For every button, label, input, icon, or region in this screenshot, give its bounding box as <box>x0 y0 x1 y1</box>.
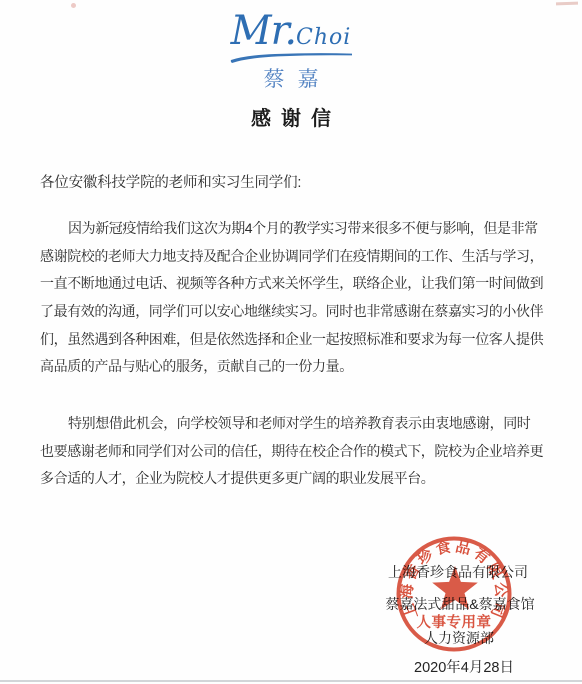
logo-script-choi: Choi <box>296 25 351 50</box>
body-line: 多合适的人才，企业为院校人才提供更多更广阔的职业发展平台。 <box>40 465 555 493</box>
body-paragraph-2: 特别想借此机会，向学校领导和老师对学生的培养教育表示由衷地感谢，同时 也要感谢老… <box>40 410 555 493</box>
body-line: 也要感谢老师和同学们对公司的信任，期待在校企合作的模式下，院校为企业培养更 <box>40 438 555 466</box>
body-line: 了最有效的沟通，同学们可以安心地继续实习。同时也非常感谢在蔡嘉实习的小伙伴 <box>40 298 555 326</box>
logo-script-mr: Mr. <box>231 8 296 54</box>
body-line: 一直不断地通过电话、视频等各种方式来关怀学生，联络企业，让我们第一时间做到 <box>40 270 555 298</box>
seal-label: 人事专用章 <box>417 613 492 631</box>
company-seal-stamp: 上海香珍食品有限公司 人事专用章 <box>381 521 527 667</box>
salutation: 各位安徽科技学院的老师和实习生同学们: <box>40 171 301 192</box>
scan-artifact-top-right <box>556 2 578 6</box>
letter-title: 感谢信 <box>0 102 582 131</box>
body-line: 感谢院校的老师大力地支持及配合企业协调同学们在疫情期间的工作、生活与学习， <box>40 243 555 271</box>
bottom-scan-edge <box>0 680 582 682</box>
body-line: 特别想借此机会，向学校领导和老师对学生的培养教育表示由衷地感谢，同时 <box>40 410 555 438</box>
logo-chinese-name: 蔡嘉 <box>0 63 582 93</box>
body-line: 因为新冠疫情给我们这次为期4个月的教学实习带来很多不便与影响，但是非常 <box>40 215 555 243</box>
body-line: 高品质的产品与贴心的服务，贡献自己的一份力量。 <box>40 353 555 381</box>
body-line: 们，虽然遇到各种困难，但是依然选择和企业一起按照标准和要求为每一位客人提供 <box>40 326 555 354</box>
brand-logo-script: Mr.Choi <box>0 8 582 54</box>
seal-star-icon <box>432 566 478 609</box>
letter-page: Mr.Choi 蔡嘉 感谢信 各位安徽科技学院的老师和实习生同学们: 因为新冠疫… <box>0 0 582 684</box>
body-paragraph-1: 因为新冠疫情给我们这次为期4个月的教学实习带来很多不便与影响，但是非常 感谢院校… <box>40 215 555 381</box>
